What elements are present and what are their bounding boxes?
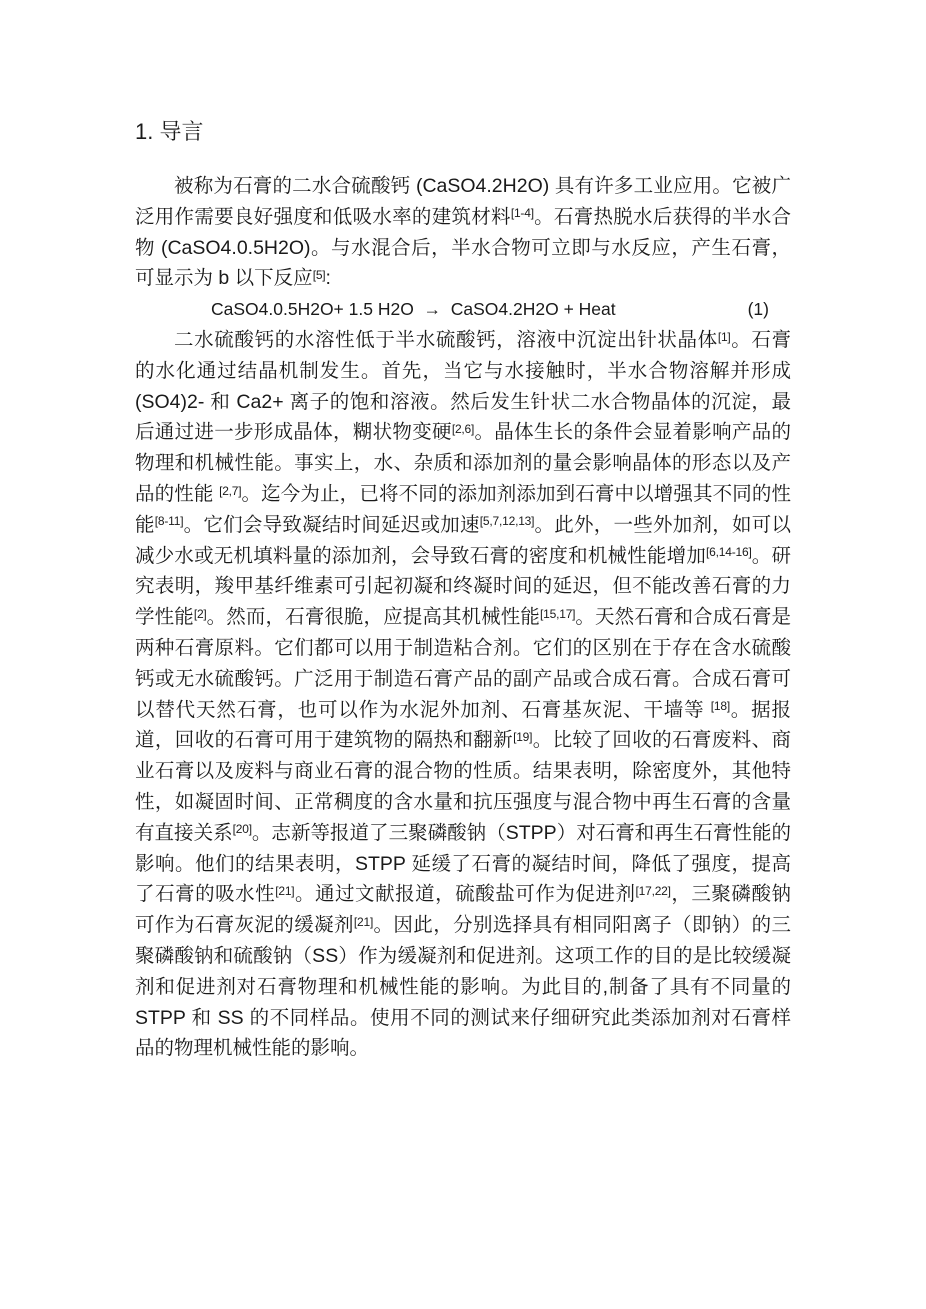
equation-line: CaSO4.0.5H2O+ 1.5 H2O → CaSO4.2H2O + Hea… bbox=[135, 294, 791, 325]
reference-marker: [2,6] bbox=[452, 422, 474, 436]
reference-marker: [1] bbox=[718, 330, 731, 344]
reference-marker: [19] bbox=[513, 730, 532, 744]
reference-marker: [2] bbox=[194, 607, 207, 621]
reference-marker: [15,17] bbox=[540, 607, 575, 621]
reference-marker: [17,22] bbox=[635, 884, 670, 898]
reference-marker: [21] bbox=[275, 884, 294, 898]
text-segment: 。它们会导致凝结时间延迟或加速 bbox=[183, 514, 479, 536]
text-segment: 。然而，石膏很脆，应提高其机械性能 bbox=[207, 606, 540, 628]
reference-marker: [1-4] bbox=[511, 206, 534, 220]
intro-paragraph: 被称为石膏的二水合硫酸钙 (CaSO4.2H2O) 具有许多工业应用。它被广泛用… bbox=[135, 171, 791, 294]
text-segment: 二水硫酸钙的水溶性低于半水硫酸钙，溶液中沉淀出针状晶体 bbox=[174, 329, 718, 351]
reference-marker: [5] bbox=[313, 268, 326, 282]
document-content: 1. 导言 被称为石膏的二水合硫酸钙 (CaSO4.2H2O) 具有许多工业应用… bbox=[135, 117, 791, 1064]
text-segment: 。通过文献报道，硫酸盐可作为促进剂 bbox=[294, 883, 635, 905]
reference-marker: [18] bbox=[711, 699, 730, 713]
text-segment: : bbox=[325, 267, 330, 289]
reference-marker: [2,7] bbox=[219, 484, 241, 498]
reference-marker: [8-11] bbox=[155, 514, 184, 528]
document-page: 1. 导言 被称为石膏的二水合硫酸钙 (CaSO4.2H2O) 具有许多工业应用… bbox=[0, 0, 926, 1309]
reference-marker: [20] bbox=[233, 822, 252, 836]
reference-marker: [5,7,12,13] bbox=[480, 514, 535, 528]
section-heading: 1. 导言 bbox=[135, 117, 791, 147]
equation-number: (1) bbox=[748, 294, 769, 325]
reference-marker: [6,14-16] bbox=[706, 545, 752, 559]
equation-formula: CaSO4.0.5H2O+ 1.5 H2O → CaSO4.2H2O + Hea… bbox=[211, 294, 616, 325]
reference-marker: [21] bbox=[354, 915, 373, 929]
main-paragraph: 二水硫酸钙的水溶性低于半水硫酸钙，溶液中沉淀出针状晶体[1]。石膏的水化通过结晶… bbox=[135, 325, 791, 1064]
